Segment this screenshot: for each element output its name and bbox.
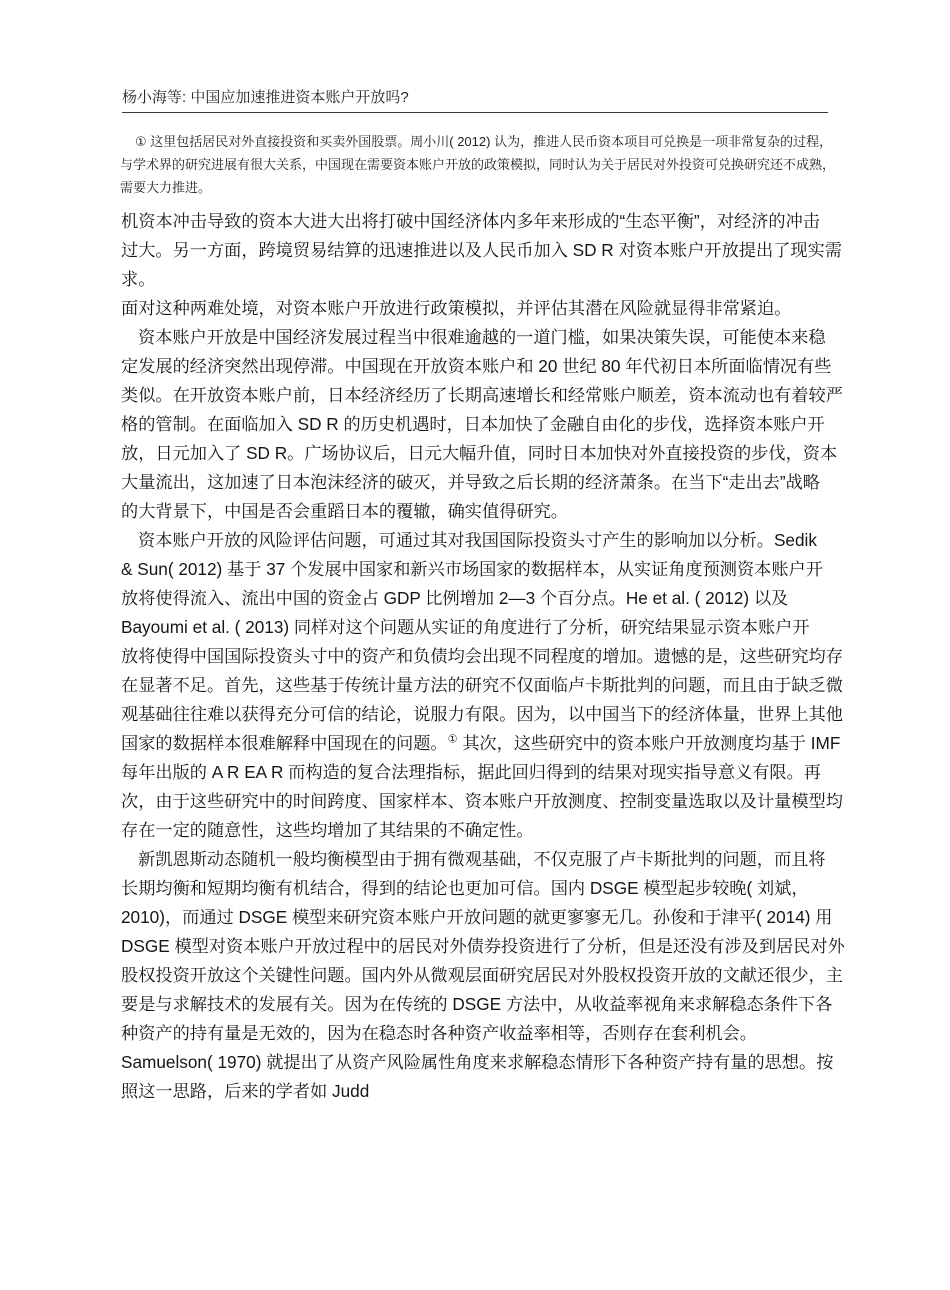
body-line: 资本账户开放的风险评估问题，可通过其对我国国际投资头寸产生的影响加以分析。Sed… <box>121 526 837 555</box>
header-rule <box>122 112 828 113</box>
body-line: 新凯恩斯动态随机一般均衡模型由于拥有微观基础，不仅克服了卢卡斯批判的问题，而且将 <box>121 845 837 874</box>
body-line: 在显著不足。首先，这些基于传统计量方法的研究不仅面临卢卡斯批判的问题，而且由于缺… <box>121 671 837 700</box>
body-line: 观基础往往难以获得充分可信的结论，说服力有限。因为，以中国当下的经济体量，世界上… <box>121 700 837 729</box>
running-header: 杨小海等: 中国应加速推进资本账户开放吗? <box>122 86 409 107</box>
body-line: 国家的数据样本很难解释中国现在的问题。① 其次，这些研究中的资本账户开放测度均基… <box>121 729 837 758</box>
footnote-block: ① 这里包括居民对外直接投资和买卖外国股票。周小川( 2012) 认为，推进人民… <box>120 130 842 199</box>
body-text-block: 机资本冲击导致的资本大进大出将打破中国经济体内多年来形成的“生态平衡”，对经济的… <box>121 207 837 1106</box>
body-line: 要是与求解技术的发展有关。因为在传统的 DSGE 方法中，从收益率视角来求解稳态… <box>121 990 837 1019</box>
footnote-ref-marker: ① <box>448 733 458 745</box>
body-line: DSGE 模型对资本账户开放过程中的居民对外债券投资进行了分析，但是还没有涉及到… <box>121 932 837 961</box>
body-line: 机资本冲击导致的资本大进大出将打破中国经济体内多年来形成的“生态平衡”，对经济的… <box>121 207 837 236</box>
body-line: 放将使得中国国际投资头寸中的资产和负债均会出现不同程度的增加。遗憾的是，这些研究… <box>121 642 837 671</box>
body-line: Bayoumi et al. ( 2013) 同样对这个问题从实证的角度进行了分… <box>121 613 837 642</box>
body-line: 求。 <box>121 265 837 294</box>
body-line: 资本账户开放是中国经济发展过程当中很难逾越的一道门槛，如果决策失误，可能使本来稳 <box>121 323 837 352</box>
footnote-line: ① 这里包括居民对外直接投资和买卖外国股票。周小川( 2012) 认为，推进人民… <box>120 130 842 153</box>
footnote-line: 与学术界的研究进展有很大关系，中国现在需要资本账户开放的政策模拟，同时认为关于居… <box>120 153 842 176</box>
body-line: Samuelson( 1970) 就提出了从资产风险属性角度来求解稳态情形下各种… <box>121 1048 837 1077</box>
body-line: 放将使得流入、流出中国的资金占 GDP 比例增加 2—3 个百分点。He et … <box>121 584 837 613</box>
body-line: 股权投资开放这个关键性问题。国内外从微观层面研究居民对外股权投资开放的文献还很少… <box>121 961 837 990</box>
body-line: 面对这种两难处境，对资本账户开放进行政策模拟，并评估其潜在风险就显得非常紧迫。 <box>121 294 837 323</box>
body-line: 的大背景下，中国是否会重蹈日本的覆辙，确实值得研究。 <box>121 497 837 526</box>
document-page: 杨小海等: 中国应加速推进资本账户开放吗? ① 这里包括居民对外直接投资和买卖外… <box>0 0 950 1290</box>
body-line: 存在一定的随意性，这些均增加了其结果的不确定性。 <box>121 816 837 845</box>
body-line: 长期均衡和短期均衡有机结合，得到的结论也更加可信。国内 DSGE 模型起步较晚(… <box>121 874 837 903</box>
body-line: 定发展的经济突然出现停滞。中国现在开放资本账户和 20 世纪 80 年代初日本所… <box>121 352 837 381</box>
body-line: 类似。在开放资本账户前，日本经济经历了长期高速增长和经常账户顺差，资本流动也有着… <box>121 381 837 410</box>
body-line: 大量流出，这加速了日本泡沫经济的破灭，并导致之后长期的经济萧条。在当下“走出去”… <box>121 468 837 497</box>
body-line: 放，日元加入了 SD R。广场协议后，日元大幅升值，同时日本加快对外直接投资的步… <box>121 439 837 468</box>
body-line: 种资产的持有量是无效的，因为在稳态时各种资产收益率相等，否则存在套利机会。 <box>121 1019 837 1048</box>
body-line: 格的管制。在面临加入 SD R 的历史机遇时，日本加快了金融自由化的步伐，选择资… <box>121 410 837 439</box>
body-line: 过大。另一方面，跨境贸易结算的迅速推进以及人民币加入 SD R 对资本账户开放提… <box>121 236 837 265</box>
body-line: 每年出版的 A R EA R 而构造的复合法理指标，据此回归得到的结果对现实指导… <box>121 758 837 787</box>
footnote-line: 需要大力推进。 <box>120 176 842 199</box>
body-line: 次，由于这些研究中的时间跨度、国家样本、资本账户开放测度、控制变量选取以及计量模… <box>121 787 837 816</box>
body-line: 照这一思路，后来的学者如 Judd <box>121 1077 837 1106</box>
body-line: 2010)，而通过 DSGE 模型来研究资本账户开放问题的就更寥寥无几。孙俊和于… <box>121 903 837 932</box>
body-line: & Sun( 2012) 基于 37 个发展中国家和新兴市场国家的数据样本，从实… <box>121 555 837 584</box>
